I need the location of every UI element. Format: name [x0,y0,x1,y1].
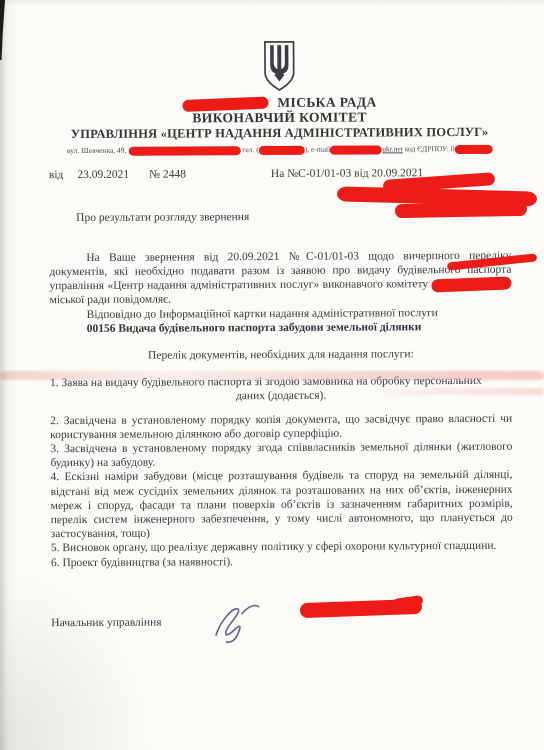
address-tel-close: ), [305,145,309,154]
outgoing-reference: від23.09.2021№ 2448 [49,168,271,181]
org-title-line-1-text: МІСЬКА РАДА [277,94,376,110]
letter-content: МІСЬКА РАДА ВИКОНАВЧИЙ КОМІТЕТ УПРАВЛІНН… [0,0,544,657]
body-paragraph-1: На Ваше звернення від 20.09.2021 №С-01/0… [49,249,511,308]
list-item-6: 6. Проект будівництва (за наявності). [51,553,513,570]
redaction-edrpou-code [455,145,493,154]
paragraph-1-text-b: міської ради повідомляє. [50,294,171,307]
redaction-email [330,145,382,154]
out-number: № 2448 [149,168,186,180]
address-edrpou-label: код ЄДРПОУ: 0 [405,144,455,153]
letterhead: МІСЬКА РАДА ВИКОНАВЧИЙ КОМІТЕТ УПРАВЛІНН… [48,39,511,156]
list-item-1-line-2: даних (додається). [50,388,512,405]
list-item-5: 5. Висновок органу, що реалізує державну… [51,539,513,556]
ukraine-trident-icon [259,40,299,92]
redaction-phone [259,146,305,155]
handwritten-signature-icon [197,598,272,651]
org-title-line-2: ВИКОНАВЧИЙ КОМІТЕТ [49,109,511,126]
address-street: вул. Шевченка, 49, [67,146,126,155]
address-email-label: e-mail [311,145,330,154]
list-item-1-line-1: 1. Заява на видачу будівельного паспорта… [50,374,512,391]
redaction-address [128,146,240,156]
address-email-domain: ukr.net [382,144,403,153]
out-label: від [49,169,64,181]
list-item-2: 2. Засвідчена в установленому порядку ко… [50,411,512,442]
list-item-4: 4. Ескізні наміри забудови (місце розташ… [50,468,512,541]
redaction-recipient-line-3 [395,202,527,218]
org-title-line-3: УПРАВЛІННЯ «ЦЕНТР НАДАННЯ АДМІНІСТРАТИВН… [49,125,511,142]
signatory-position: Начальник управління [51,616,161,629]
address-tel-label: тел. ( [242,145,259,154]
service-code-line: 00156 Видача будівельного паспорта забуд… [50,320,512,337]
out-date: 23.09.2021 [77,169,129,181]
redaction-city-in-text [431,276,511,292]
list-intro-line: Перелік документів, необхідних для надан… [50,347,512,364]
signature-row: Начальник управління [51,615,513,657]
list-item-3: 3. Засвідчена в установленому порядку зг… [50,440,512,471]
org-address-line: вул. Шевченка, 49, тел. (), e-mailukr.ne… [49,144,511,156]
scanned-letter-page: МІСЬКА РАДА ВИКОНАВЧИЙ КОМІТЕТ УПРАВЛІНН… [0,0,544,750]
